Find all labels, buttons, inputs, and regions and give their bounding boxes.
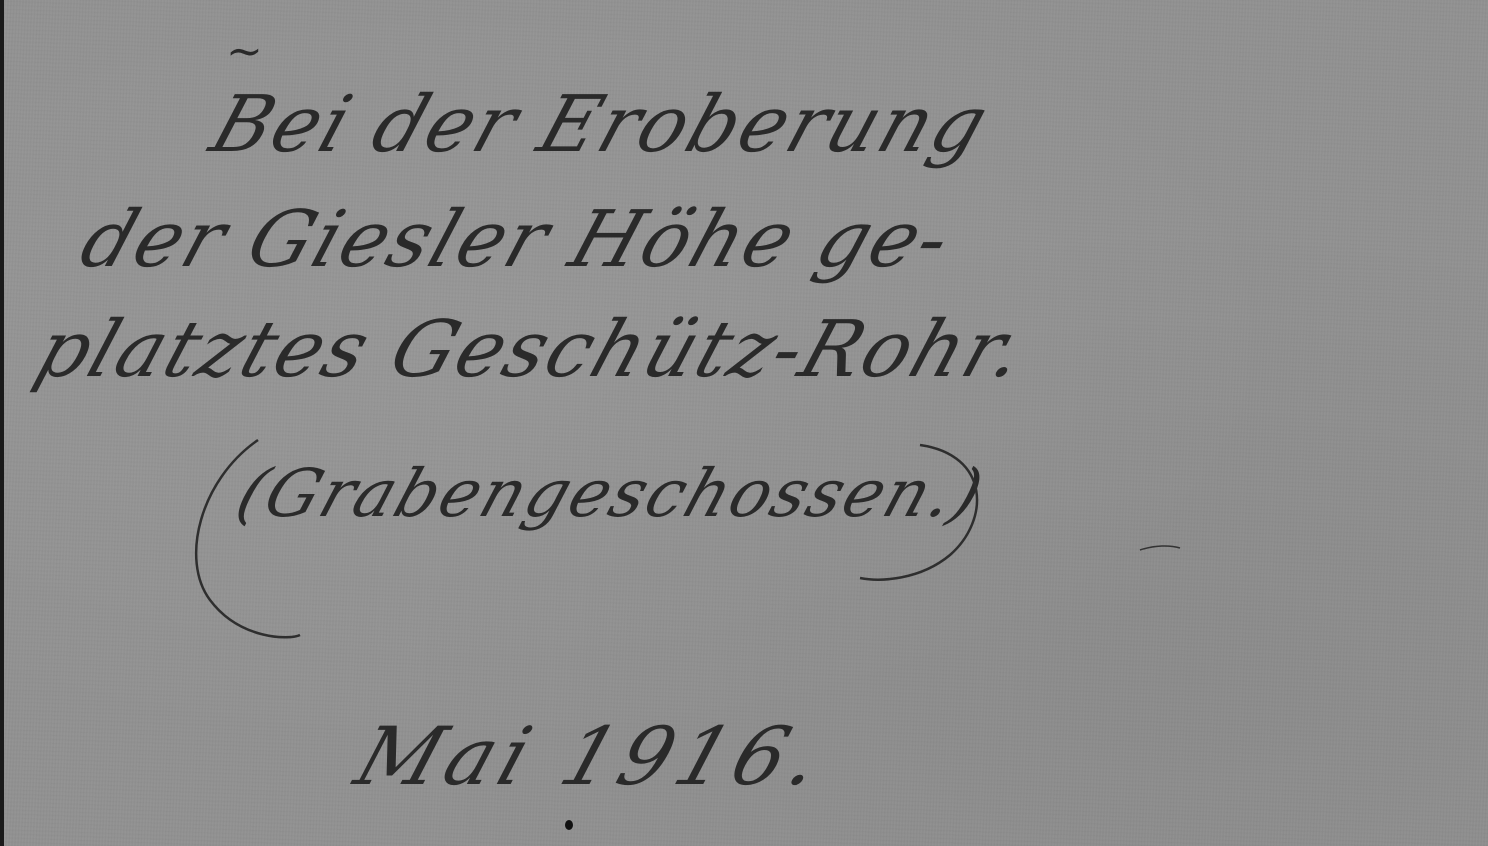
ink-spot (565, 820, 573, 830)
handwritten-line-1: Bei der Eroberung (200, 80, 1000, 170)
paper-edge (0, 0, 4, 846)
handwritten-line-3: platztes Geschütz-Rohr. (25, 305, 1037, 395)
handwritten-line-2: der Giesler Höhe ge- (70, 195, 963, 285)
handwritten-date: Mai 1916. (345, 710, 839, 803)
handwritten-parenthetical: (Grabengeschossen.) (227, 455, 994, 532)
tilde-mark: ~ (226, 26, 263, 77)
